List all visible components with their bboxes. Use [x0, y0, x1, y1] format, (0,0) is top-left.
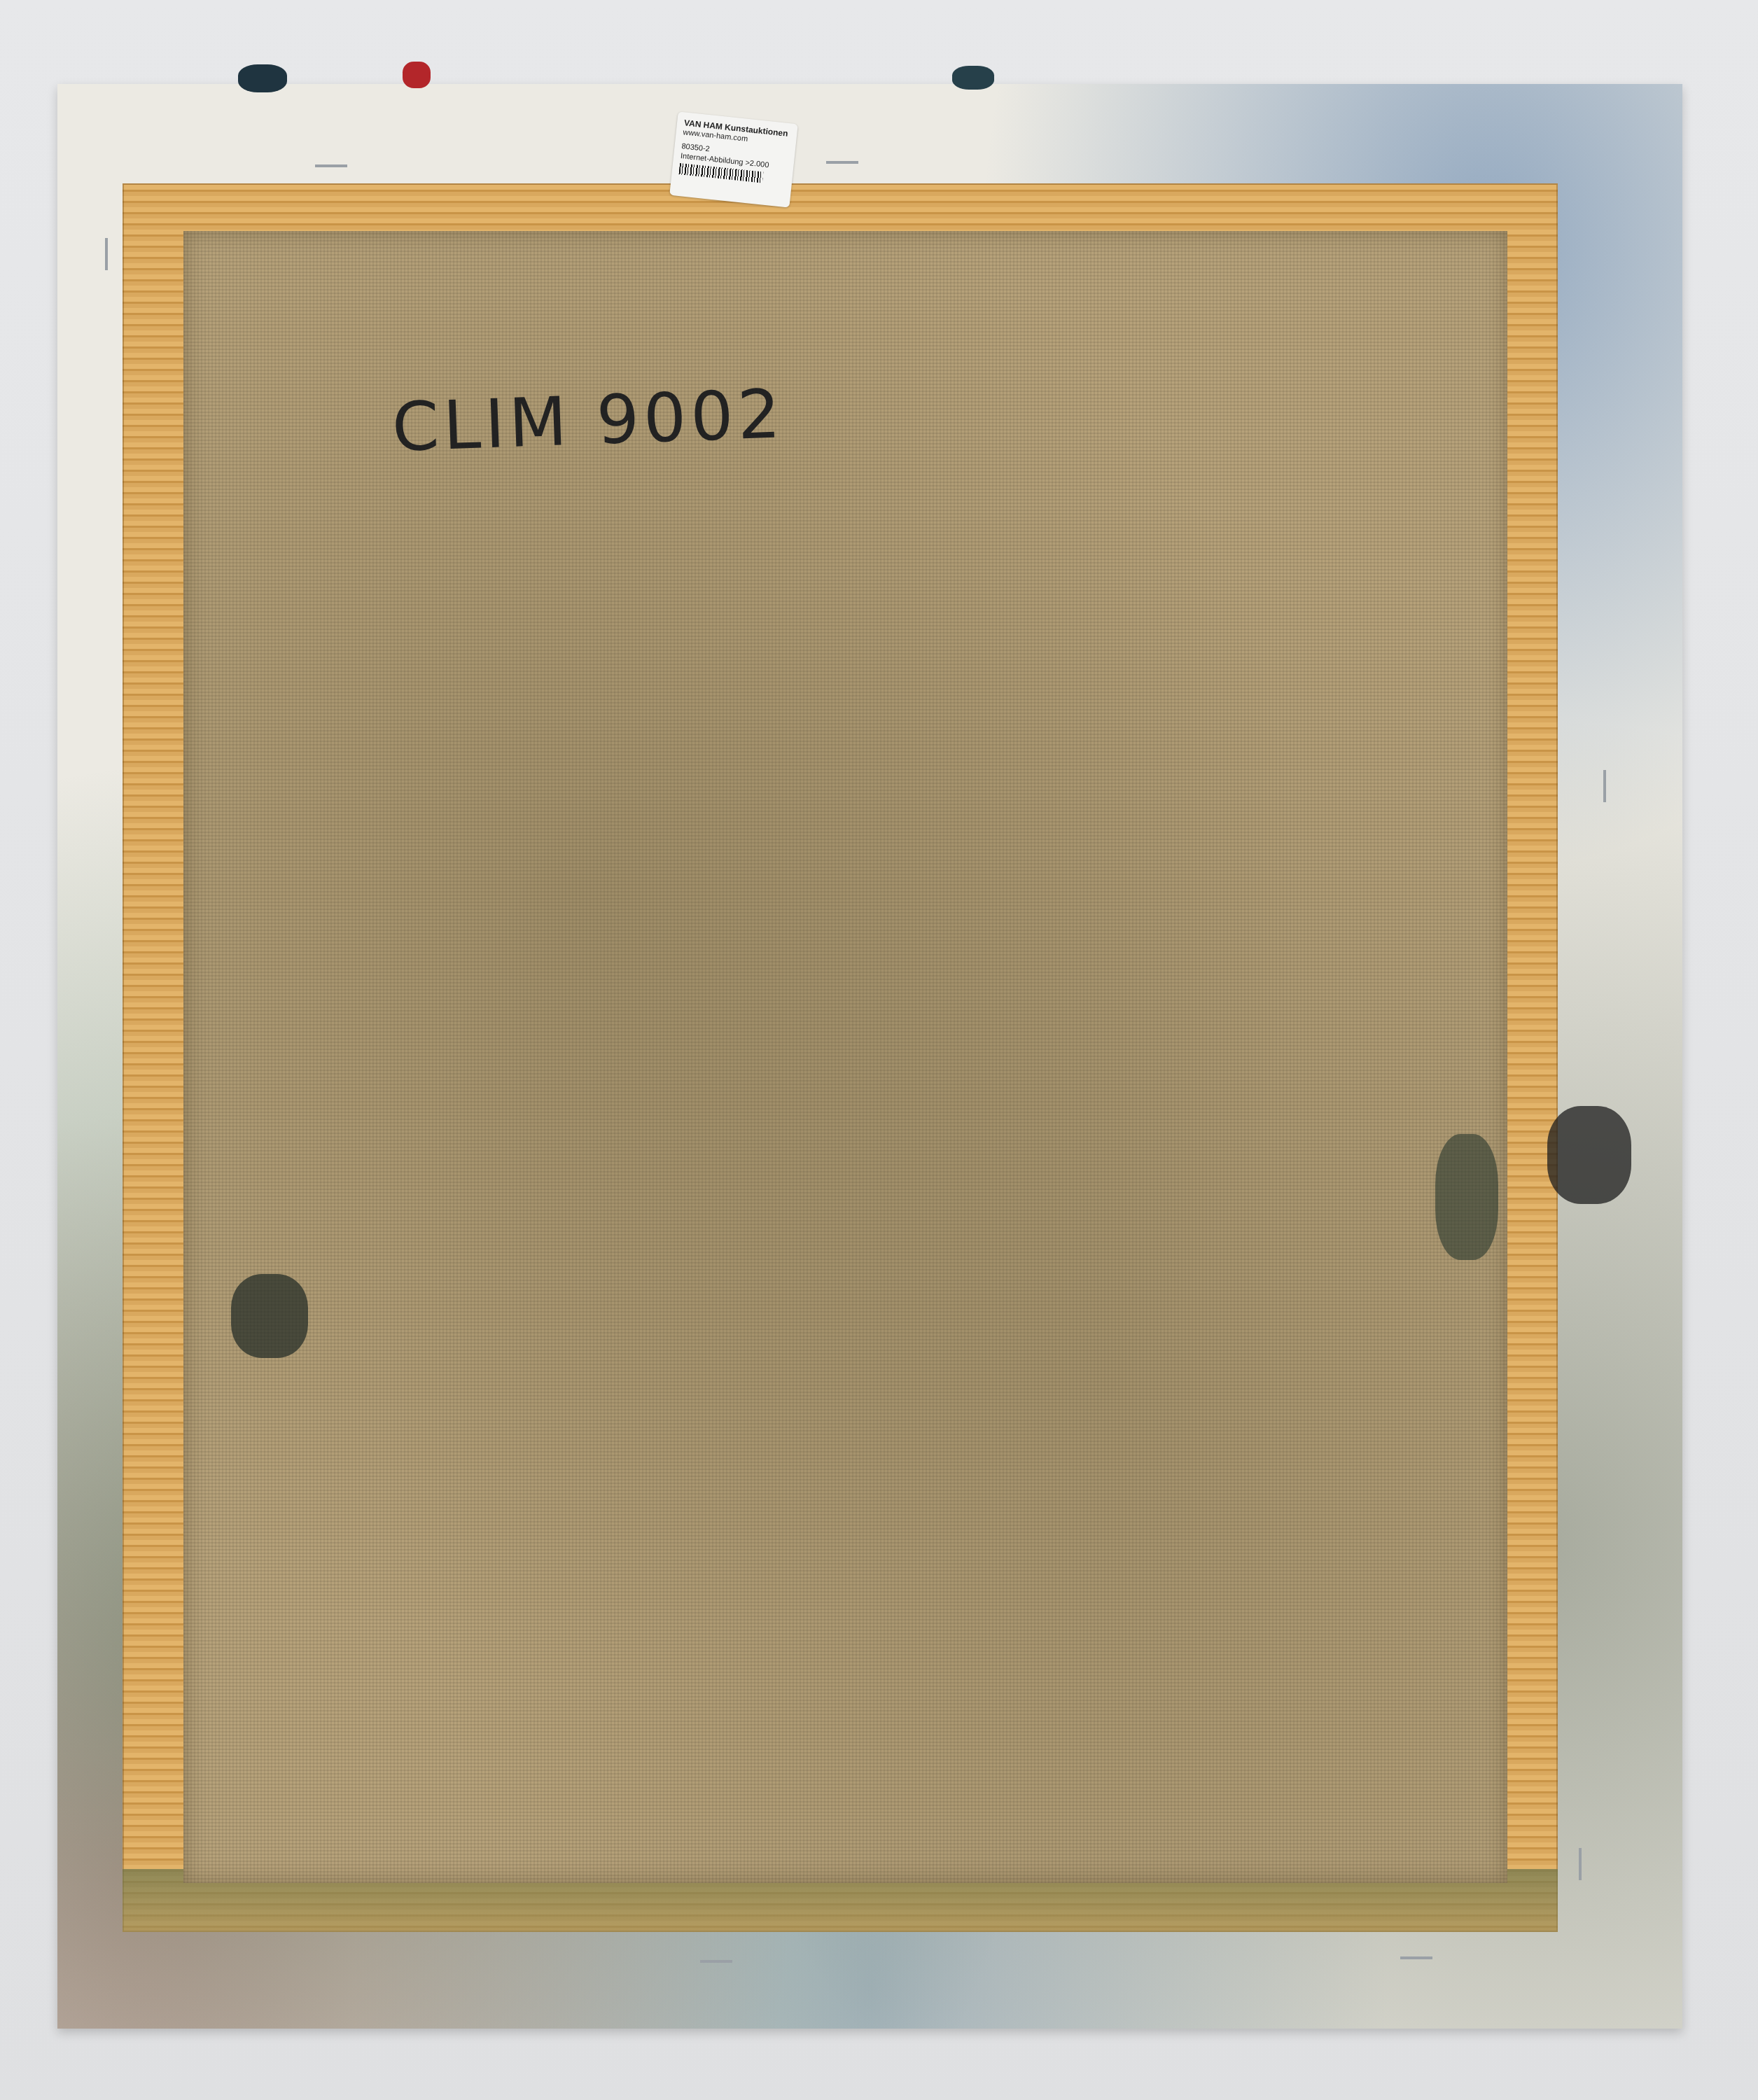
auction-label-sticker: VAN HAM Kunstauktionen www.van-ham.com 8… — [669, 111, 798, 207]
staple — [1603, 770, 1606, 802]
staple — [1579, 1848, 1582, 1880]
paint-blob-right-dark — [1547, 1106, 1631, 1204]
paint-blob-top — [238, 64, 287, 92]
paint-blob-linen-right — [1435, 1134, 1498, 1260]
linen-canvas-back — [183, 231, 1507, 1883]
handwritten-inscription: CLIM 9002 — [391, 374, 786, 466]
paint-blob-top-right — [952, 66, 994, 90]
staple — [105, 238, 108, 270]
staple — [315, 164, 347, 167]
staple — [700, 1960, 732, 1963]
staple — [826, 161, 858, 164]
paint-blob-top-red — [403, 62, 431, 88]
paint-blob-left-dark — [231, 1274, 308, 1358]
staple — [1400, 1956, 1432, 1959]
